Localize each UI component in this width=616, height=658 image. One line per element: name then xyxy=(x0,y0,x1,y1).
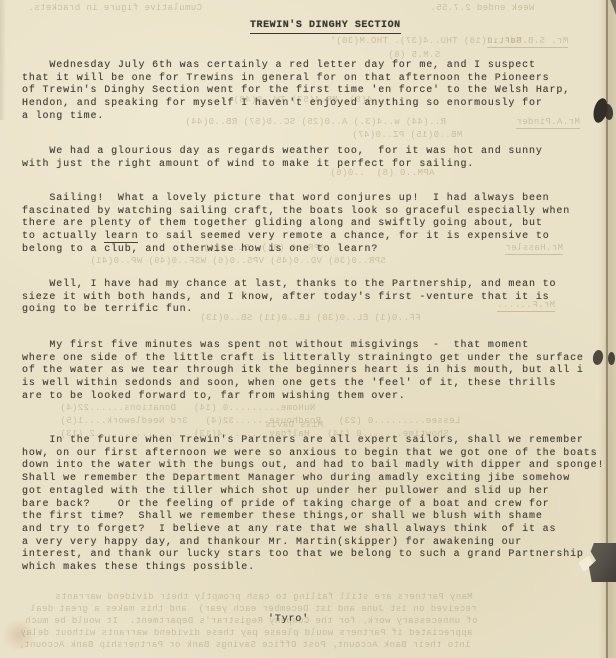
document-paragraph-1: Wednesday July 6th was certainly a red l… xyxy=(22,60,570,124)
typewritten-page: Cumulative figure in brackets.Week ended… xyxy=(0,0,616,658)
bleedthrough-text: received on 1st June and 1st December ea… xyxy=(30,604,477,615)
paper-stain xyxy=(2,618,36,652)
bleedthrough-text: Mr. S.B.Martin xyxy=(487,36,568,48)
bleedthrough-text: Lessee.........0 (23) Roadhouse......32(… xyxy=(60,416,460,427)
document-paragraph-2: We had a glourious day as regards weathe… xyxy=(22,146,543,171)
document-paragraph-3: Sailing! What a lovely picture that word… xyxy=(22,193,570,257)
bleedthrough-text: NuHome.........0 (14) Donations......22(… xyxy=(60,403,315,414)
bleedthrough-text: appreciated if Partners would please pay… xyxy=(20,628,472,639)
bleedthrough-text: Week ended 2.7.55. xyxy=(430,3,534,14)
document-paragraph-6: In the future when Trewin's Partners are… xyxy=(22,435,604,575)
bleedthrough-text: of unnecessary work, for the Company Reg… xyxy=(25,616,477,627)
bleedthrough-text: Many Partners are still failing to cash … xyxy=(55,592,473,603)
signature-tyro: 'Tyro' xyxy=(268,614,309,625)
document-paragraph-5: My first five minutes was spent not with… xyxy=(22,340,584,404)
bleedthrough-text: MB..0(15) PZ..0(47) xyxy=(352,130,462,141)
document-paragraph-4: Well, I have had my chance at last, than… xyxy=(22,279,556,317)
underlined-word: learn xyxy=(104,231,138,243)
left-edge-shadow xyxy=(0,0,6,120)
bleedthrough-text: Cumulative figure in brackets. xyxy=(28,3,202,14)
document-title: TREWIN'S DINGHY SECTION xyxy=(250,20,401,34)
ink-blot xyxy=(608,352,615,365)
bleedthrough-text: into their Bank Account, Post Office Sav… xyxy=(18,640,470,651)
bleedthrough-text: SPR..0(36) VD..0(45) VPS..0(6) WSF..0(49… xyxy=(90,256,386,267)
